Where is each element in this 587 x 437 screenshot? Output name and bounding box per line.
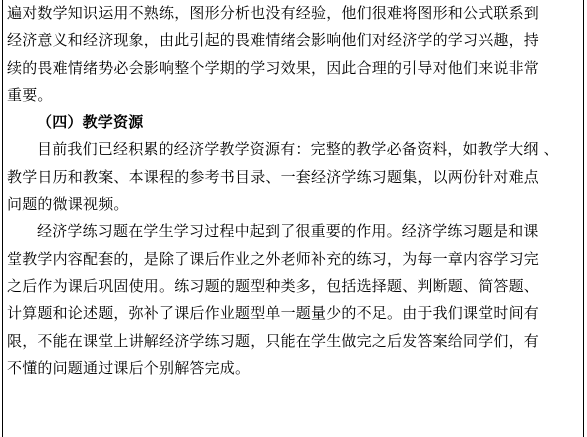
text-line: 经济学练习题在学生学习过程中起到了很重要的作用。经济学练习题是和课	[7, 218, 583, 245]
paragraph-1: 遍对数学知识运用不熟练，图形分析也没有经验，他们很难将图形和公式联系到 经济意义…	[7, 0, 583, 109]
text-line: 堂教学内容配套的，是除了课后作业之外老师补充的练习，为每一章内容学习完	[7, 246, 583, 273]
text-line: 计算题和论述题，弥补了课后作业题型单一题量少的不足。由于我们课堂时间有	[7, 300, 583, 327]
text-line: 不懂的问题通过课后个别解答完成。	[7, 355, 583, 382]
paragraph-2: 目前我们已经积累的经济学教学资源有：完整的教学必备资料，如教学大纲 、 教学日历…	[7, 136, 583, 218]
text-line: 限，不能在课堂上讲解经济学练习题，只能在学生做完之后发答案给同学们，有	[7, 328, 583, 355]
text-line: 目前我们已经积累的经济学教学资源有：完整的教学必备资料，如教学大纲 、	[7, 136, 583, 163]
text-line: 遍对数学知识运用不熟练，图形分析也没有经验，他们很难将图形和公式联系到	[7, 0, 583, 27]
text-line: 问题的微课视频。	[7, 191, 583, 218]
text-line: 重要。	[7, 82, 583, 109]
section-heading: （四）教学资源	[7, 109, 583, 136]
document-body: 遍对数学知识运用不熟练，图形分析也没有经验，他们很难将图形和公式联系到 经济意义…	[7, 0, 583, 382]
text-line: 之后作为课后巩固使用。练习题的题型种类多，包括选择题、判断题、简答题、	[7, 273, 583, 300]
text-line: 续的畏难情绪势必会影响整个学期的学习效果，因此合理的引导对他们来说非常	[7, 55, 583, 82]
paragraph-3: 经济学练习题在学生学习过程中起到了很重要的作用。经济学练习题是和课 堂教学内容配…	[7, 218, 583, 382]
text-line: 经济意义和经济现象，由此引起的畏难情绪会影响他们对经济学的学习兴趣，持	[7, 27, 583, 54]
text-line: 教学日历和教案、本课程的参考书目录、一套经济学练习题集，以两份针对难点	[7, 164, 583, 191]
